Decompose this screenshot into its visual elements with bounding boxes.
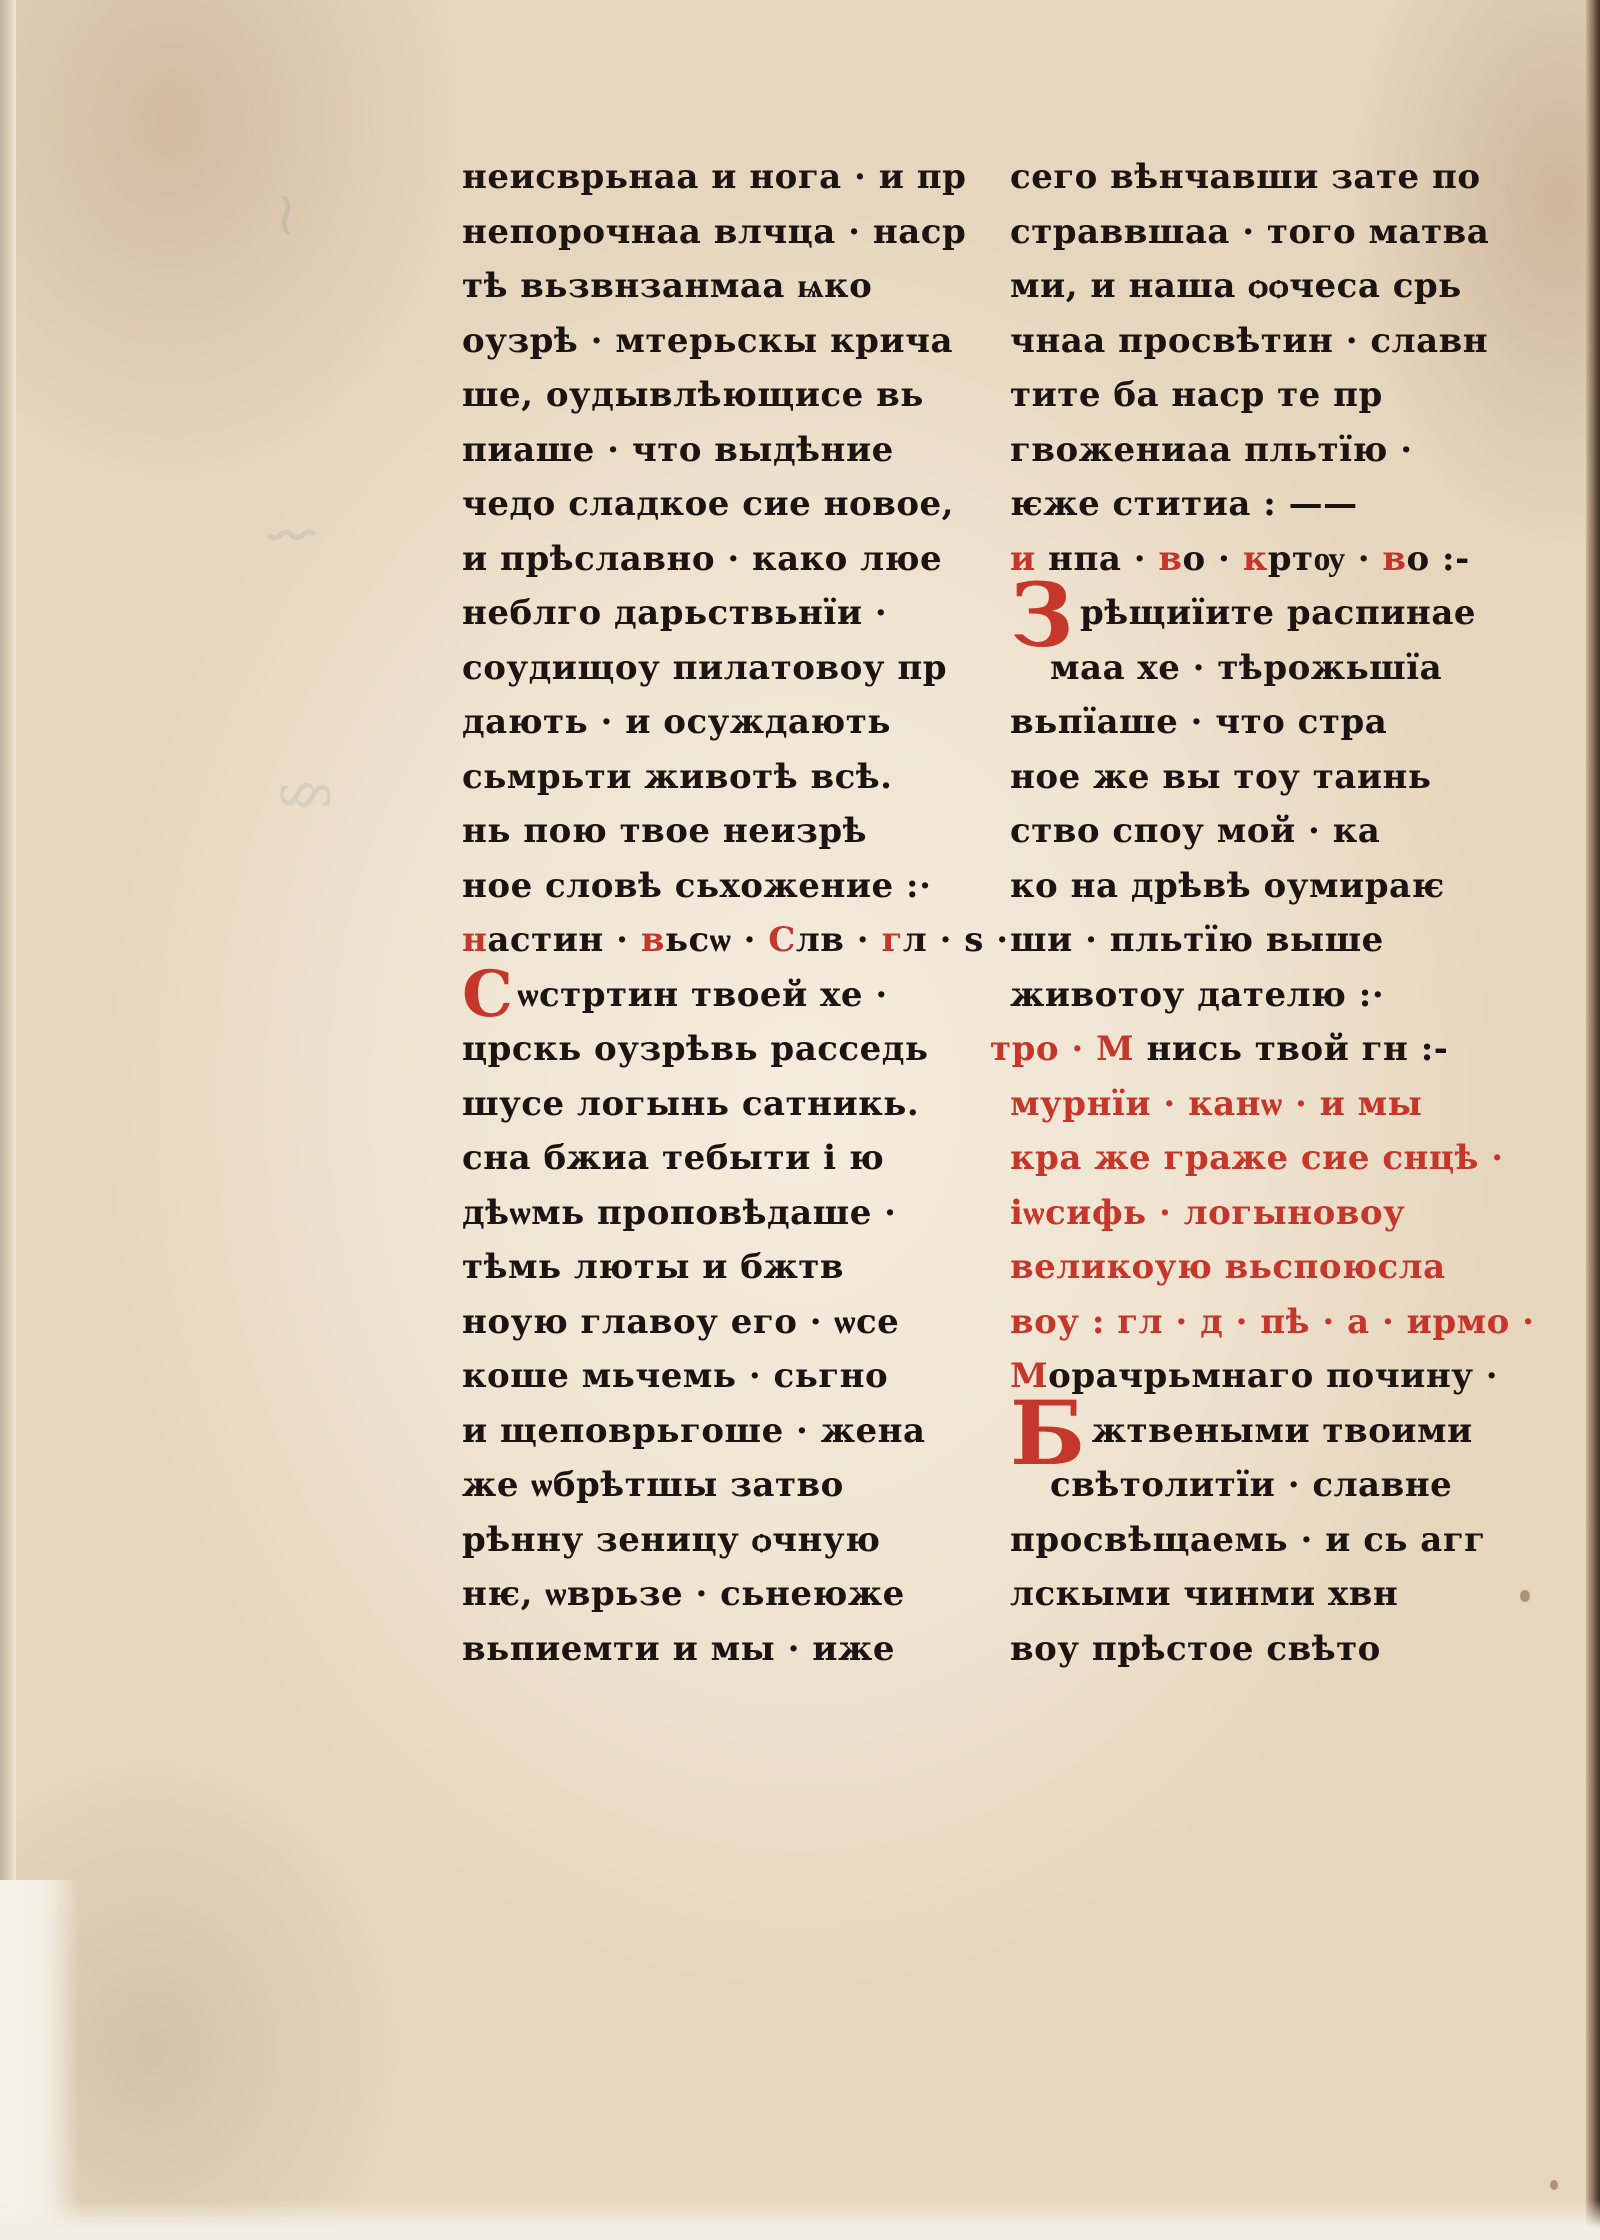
text-segment: л · ѕ · [903, 920, 1009, 960]
text-segment: ртѹ · [1268, 539, 1383, 579]
text-line: пиаше · что выдѣние [462, 423, 972, 478]
rubric-line: великоую вьспоюсла [1010, 1240, 1510, 1295]
text-line: сьмрьти животѣ всѣ. [462, 750, 972, 805]
text-line: вьпїаше · что стра [1010, 695, 1510, 750]
rubric-line: настин · вьсѡ · Слв · гл · ѕ · [462, 913, 972, 968]
text-line: свѣтолитїи · славне [1010, 1458, 1510, 1513]
rubric-letter: к [1243, 539, 1268, 579]
text-line: чнаа просвѣтин · славн [1010, 314, 1510, 369]
text-line: сна бжиа тебыти і ю [462, 1131, 972, 1186]
text-line: нь пою твое неизрѣ [462, 804, 972, 859]
rubric-line: кра же граже сие снцѣ · [1010, 1131, 1510, 1186]
text-line: ное же вы тоу таинь [1010, 750, 1510, 805]
bleed-through-mark: ⌇ [260, 520, 330, 549]
text-line: коше мьчемь · сьгно [462, 1349, 972, 1404]
text-segment: орачрьмнаго почину · [1048, 1356, 1498, 1396]
rubric-line: воу : гл · д · пѣ · а · ирмо · [1010, 1295, 1510, 1350]
text-line: тите ба наср те пр [1010, 368, 1510, 423]
text-line: ноую главоу его · ѡсе [462, 1295, 972, 1350]
bleed-through-mark: ~ [250, 190, 320, 240]
rubric-letter: в [1382, 539, 1406, 579]
text-line: и прѣславно · како люе [462, 532, 972, 587]
text-line: воу прѣстое свѣто [1010, 1622, 1510, 1677]
text-segment: жтвеными твоими [1092, 1411, 1473, 1451]
rubric-heading: тро · М [990, 1029, 1134, 1069]
left-column: неисврьнаа и нога · и пр непорочнаа влчц… [462, 150, 972, 1676]
rubric-letter: в [1158, 539, 1182, 579]
text-line-with-initial: Зрѣщиїите распинае [1010, 586, 1510, 641]
stain-spot [1550, 2180, 1558, 2190]
page-left-edge-repair [0, 1880, 80, 2240]
text-line: маа хе · тѣрожьшїа [1010, 641, 1510, 696]
text-line: неисврьнаа и нога · и пр [462, 150, 972, 205]
rubric-line: и нпа · во · кртѹ · во :- [1010, 532, 1510, 587]
text-line: чедо сладкое сие новое, [462, 477, 972, 532]
text-line: же ѡбрѣтшы затво [462, 1458, 972, 1513]
page-right-edge [1586, 0, 1600, 2240]
text-segment: лв · [796, 920, 882, 960]
text-line: просвѣщаемь · и сь агг [1010, 1513, 1510, 1568]
text-line: ко на дрѣвѣ оумираѥ [1010, 859, 1510, 914]
page-bottom-edge [0, 2200, 1600, 2240]
text-line: ми, и наша ѻѻчеса срь [1010, 259, 1510, 314]
text-line: тѣмь люты и бжтв [462, 1240, 972, 1295]
text-segment: ѡстртин твоей хе · [517, 975, 887, 1015]
text-line: дають · и осуждають [462, 695, 972, 750]
rubric-letter: г [881, 920, 902, 960]
text-line: ство споу мой · ка [1010, 804, 1510, 859]
text-line: дѣѡмь проповѣдаше · [462, 1186, 972, 1241]
text-line: вьпиемти и мы · иже [462, 1622, 972, 1677]
text-line: рѣнну зеницу ѻчную [462, 1513, 972, 1568]
text-line: гвожениаа пльтїю · [1010, 423, 1510, 478]
text-line: тѣ вьзвнзанмаа ѩко [462, 259, 972, 314]
text-segment: нись твой гн :- [1134, 1029, 1448, 1069]
red-initial: С [462, 968, 513, 1022]
text-line-with-initial: Бжтвеными твоими [1010, 1404, 1510, 1459]
text-line: ное словѣ сьхожение :· [462, 859, 972, 914]
text-line: сего вѣнчавши зате по [1010, 150, 1510, 205]
text-segment: рѣщиїите распинае [1080, 593, 1476, 633]
manuscript-page: ~ ⌇ § неисврьнаа и нога · и пр непорочна… [0, 0, 1600, 2240]
bleed-through-mark: § [270, 780, 340, 810]
rubric-letter: н [462, 920, 487, 960]
text-segment: о :- [1407, 539, 1470, 579]
text-line: неблго дарьствьнїи · [462, 586, 972, 641]
text-line: страввшаа · того матва [1010, 205, 1510, 260]
text-line: црскь оузрѣвь расседь [462, 1022, 972, 1077]
text-line: лскыми чинми хвн [1010, 1567, 1510, 1622]
right-column: сего вѣнчавши зате по страввшаа · того м… [1010, 150, 1510, 1676]
text-line: ше, оудывлѣющисе вь [462, 368, 972, 423]
rubric-letter: в [641, 920, 665, 960]
text-line: соудищоу пилатовоу пр [462, 641, 972, 696]
rubric-line: іѡсифь · логыновоу [1010, 1186, 1510, 1241]
red-initial-large: З [1010, 588, 1074, 642]
text-line: ши · пльтїю выше [1010, 913, 1510, 968]
text-line: ѥже ститиа : —— [1010, 477, 1510, 532]
red-initial-large: Б [1010, 1406, 1086, 1460]
rubric-line: тро · М нись твой гн :- [990, 1022, 1510, 1077]
rubric-letter: С [768, 920, 796, 960]
rubric-line: мурнїи · канѡ · и мы [1010, 1077, 1510, 1132]
text-line-with-initial: Сѡстртин твоей хе · [462, 968, 972, 1023]
text-line: животоу дателю :· [1010, 968, 1510, 1023]
text-segment: о · [1183, 539, 1243, 579]
text-line: шусе логынь сатникь. [462, 1077, 972, 1132]
text-line: и щеповрьгоше · жена [462, 1404, 972, 1459]
text-segment: астин · [487, 920, 640, 960]
text-segment: ьсѡ · [665, 920, 768, 960]
text-line: нѥ, ѡврьзе · сьнеюже [462, 1567, 972, 1622]
text-line: оузрѣ · мтерьскы крича [462, 314, 972, 369]
stain-spot [1520, 1590, 1530, 1602]
text-line: непорочнаа влчца · наср [462, 205, 972, 260]
